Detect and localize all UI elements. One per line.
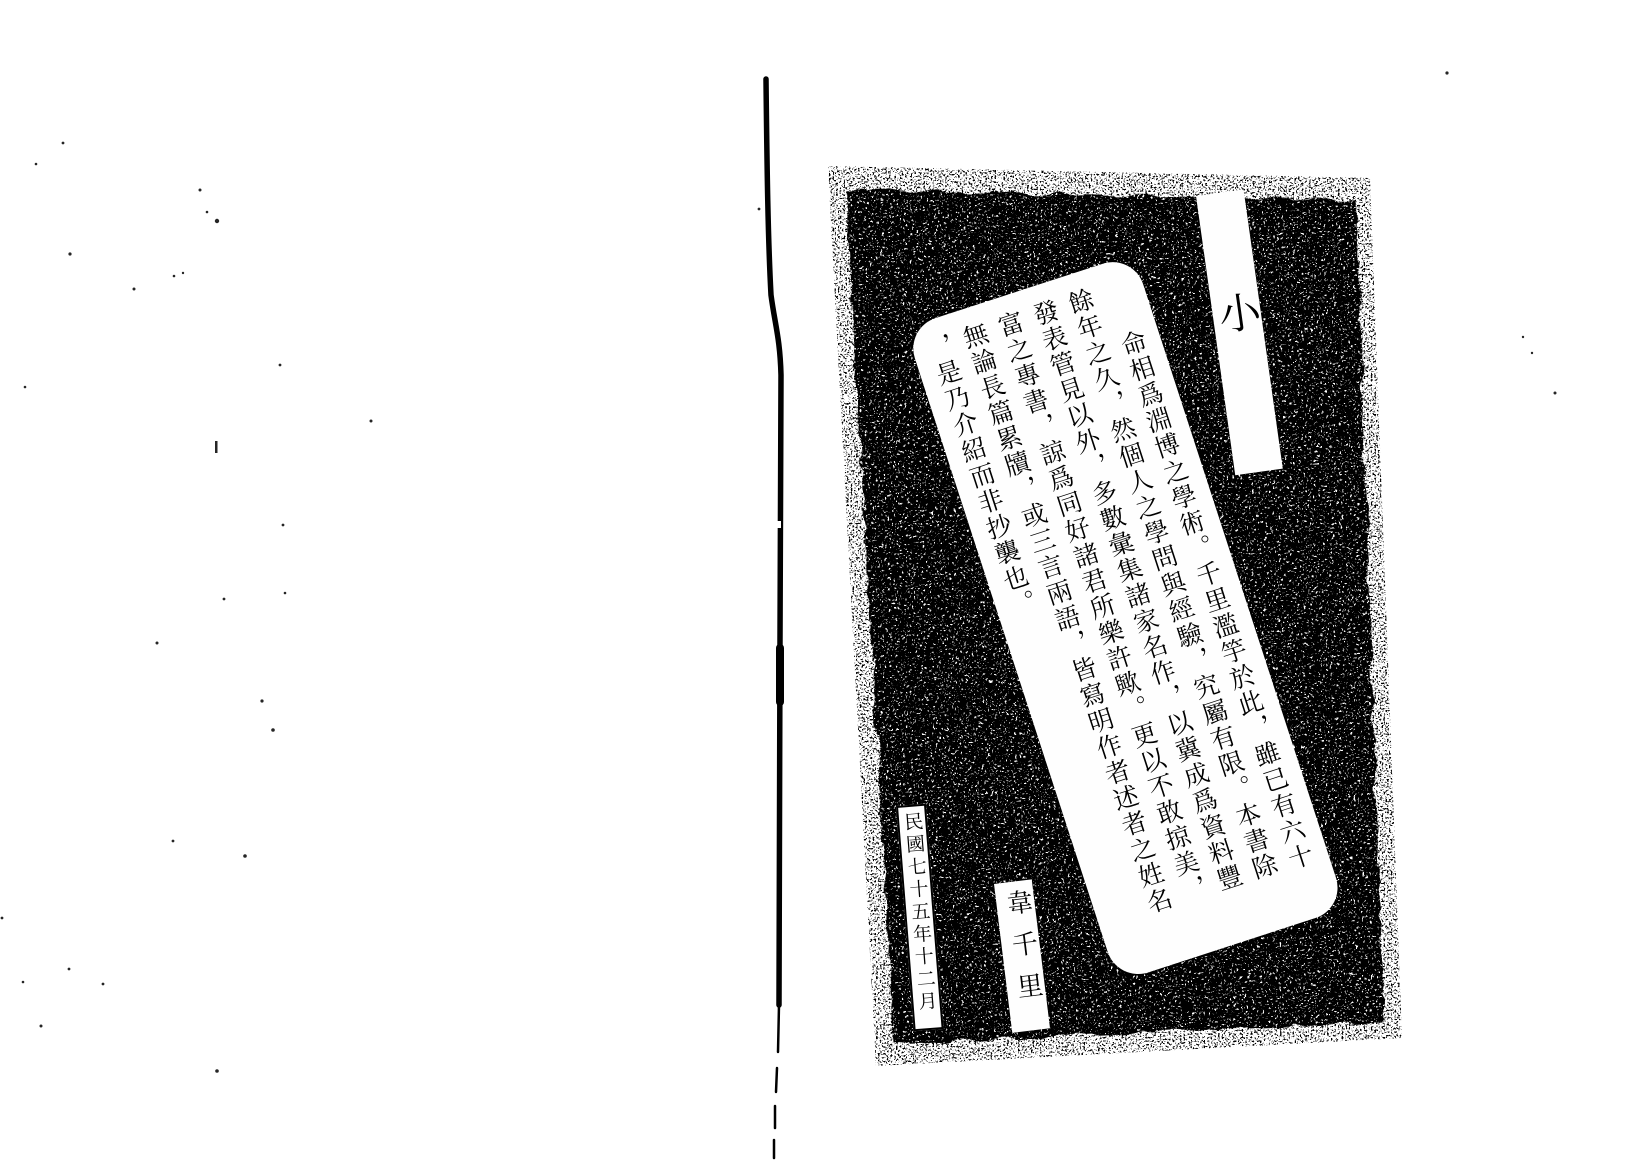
scan-artifacts-layer [0, 0, 1637, 1171]
spine-gap-artifact [772, 521, 781, 528]
scanned-book-page: 命相爲淵博之學術。千里濫竽於此，雖已有六十 餘年之久，然個人之學問與經驗，究屬有… [0, 0, 1637, 1171]
page-title: 小言 [1162, 288, 1271, 397]
book-spine-fold-line [766, 79, 781, 1158]
